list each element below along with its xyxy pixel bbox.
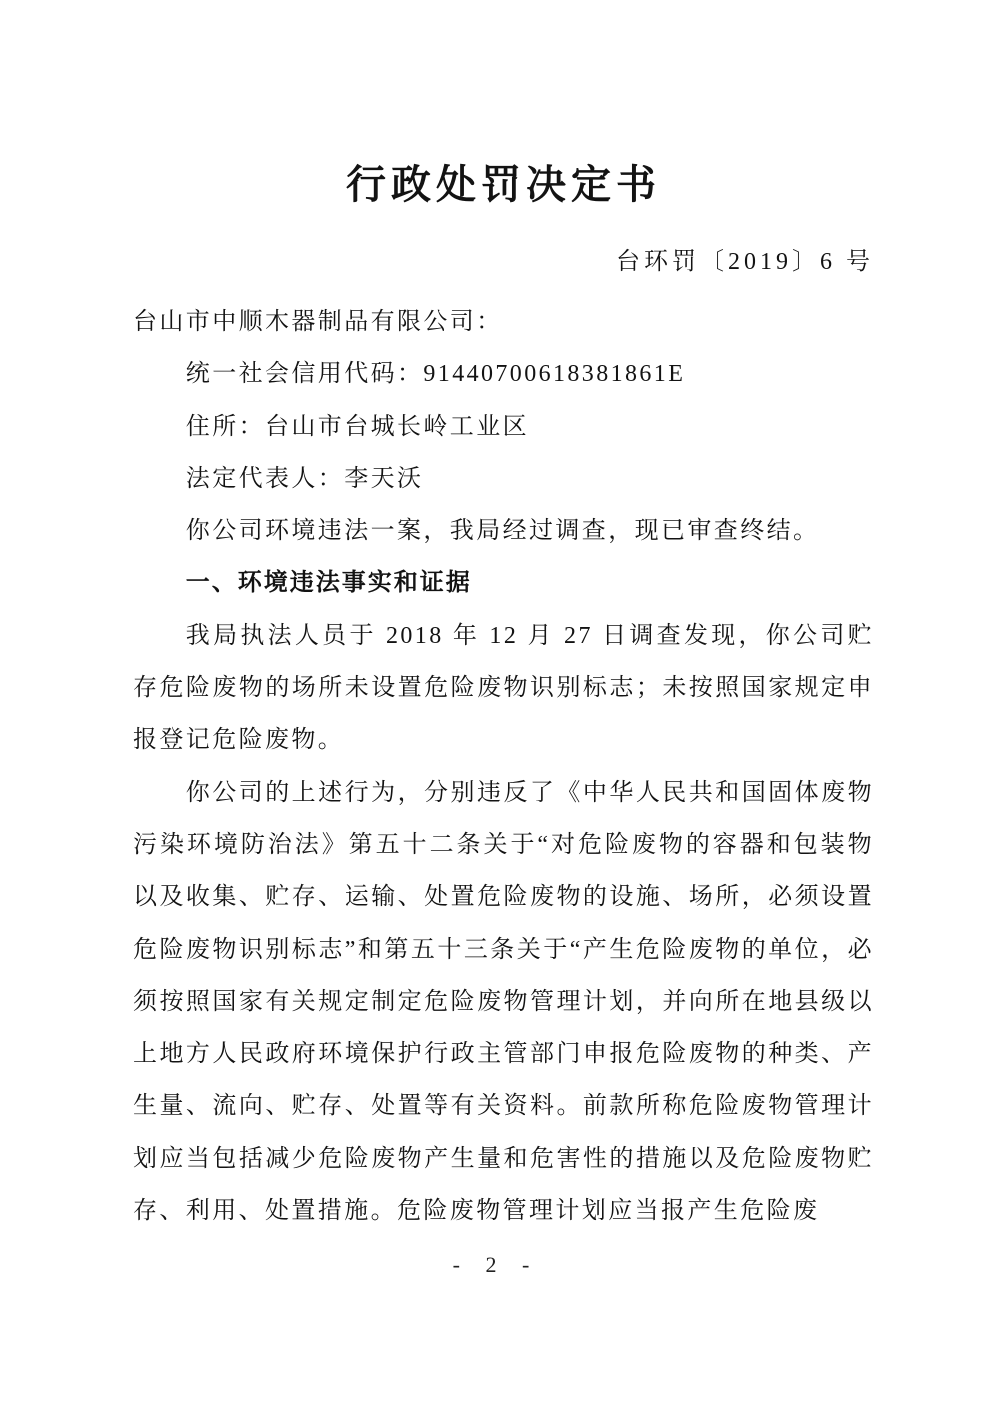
document-page: 行政处罚决定书 台环罚〔2019〕6 号 台山市中顺木器制品有限公司： 统一社会… — [0, 0, 992, 1403]
info-line-legal-representative: 法定代表人：李天沃 — [133, 453, 874, 505]
intro-paragraph: 你公司环境违法一案，我局经过调查，现已审查终结。 — [133, 505, 874, 557]
body-paragraph-violations: 你公司的上述行为，分别违反了《中华人民共和国固体废物污染环境防治法》第五十二条关… — [133, 767, 874, 1238]
document-title: 行政处罚决定书 — [133, 160, 874, 210]
document-body: 台山市中顺木器制品有限公司： 统一社会信用代码：9144070061838186… — [133, 296, 874, 1237]
info-line-credit-code: 统一社会信用代码：91440700618381861E — [133, 348, 874, 400]
recipient-line: 台山市中顺木器制品有限公司： — [133, 296, 874, 348]
section-heading-facts-and-evidence: 一、环境违法事实和证据 — [133, 557, 874, 609]
document-content: 行政处罚决定书 台环罚〔2019〕6 号 台山市中顺木器制品有限公司： 统一社会… — [133, 0, 874, 1237]
info-line-address: 住所：台山市台城长岭工业区 — [133, 401, 874, 453]
page-number: - 2 - — [0, 1250, 992, 1280]
document-number: 台环罚〔2019〕6 号 — [133, 236, 874, 288]
body-paragraph-findings: 我局执法人员于 2018 年 12 月 27 日调查发现，你公司贮存危险废物的场… — [133, 610, 874, 767]
